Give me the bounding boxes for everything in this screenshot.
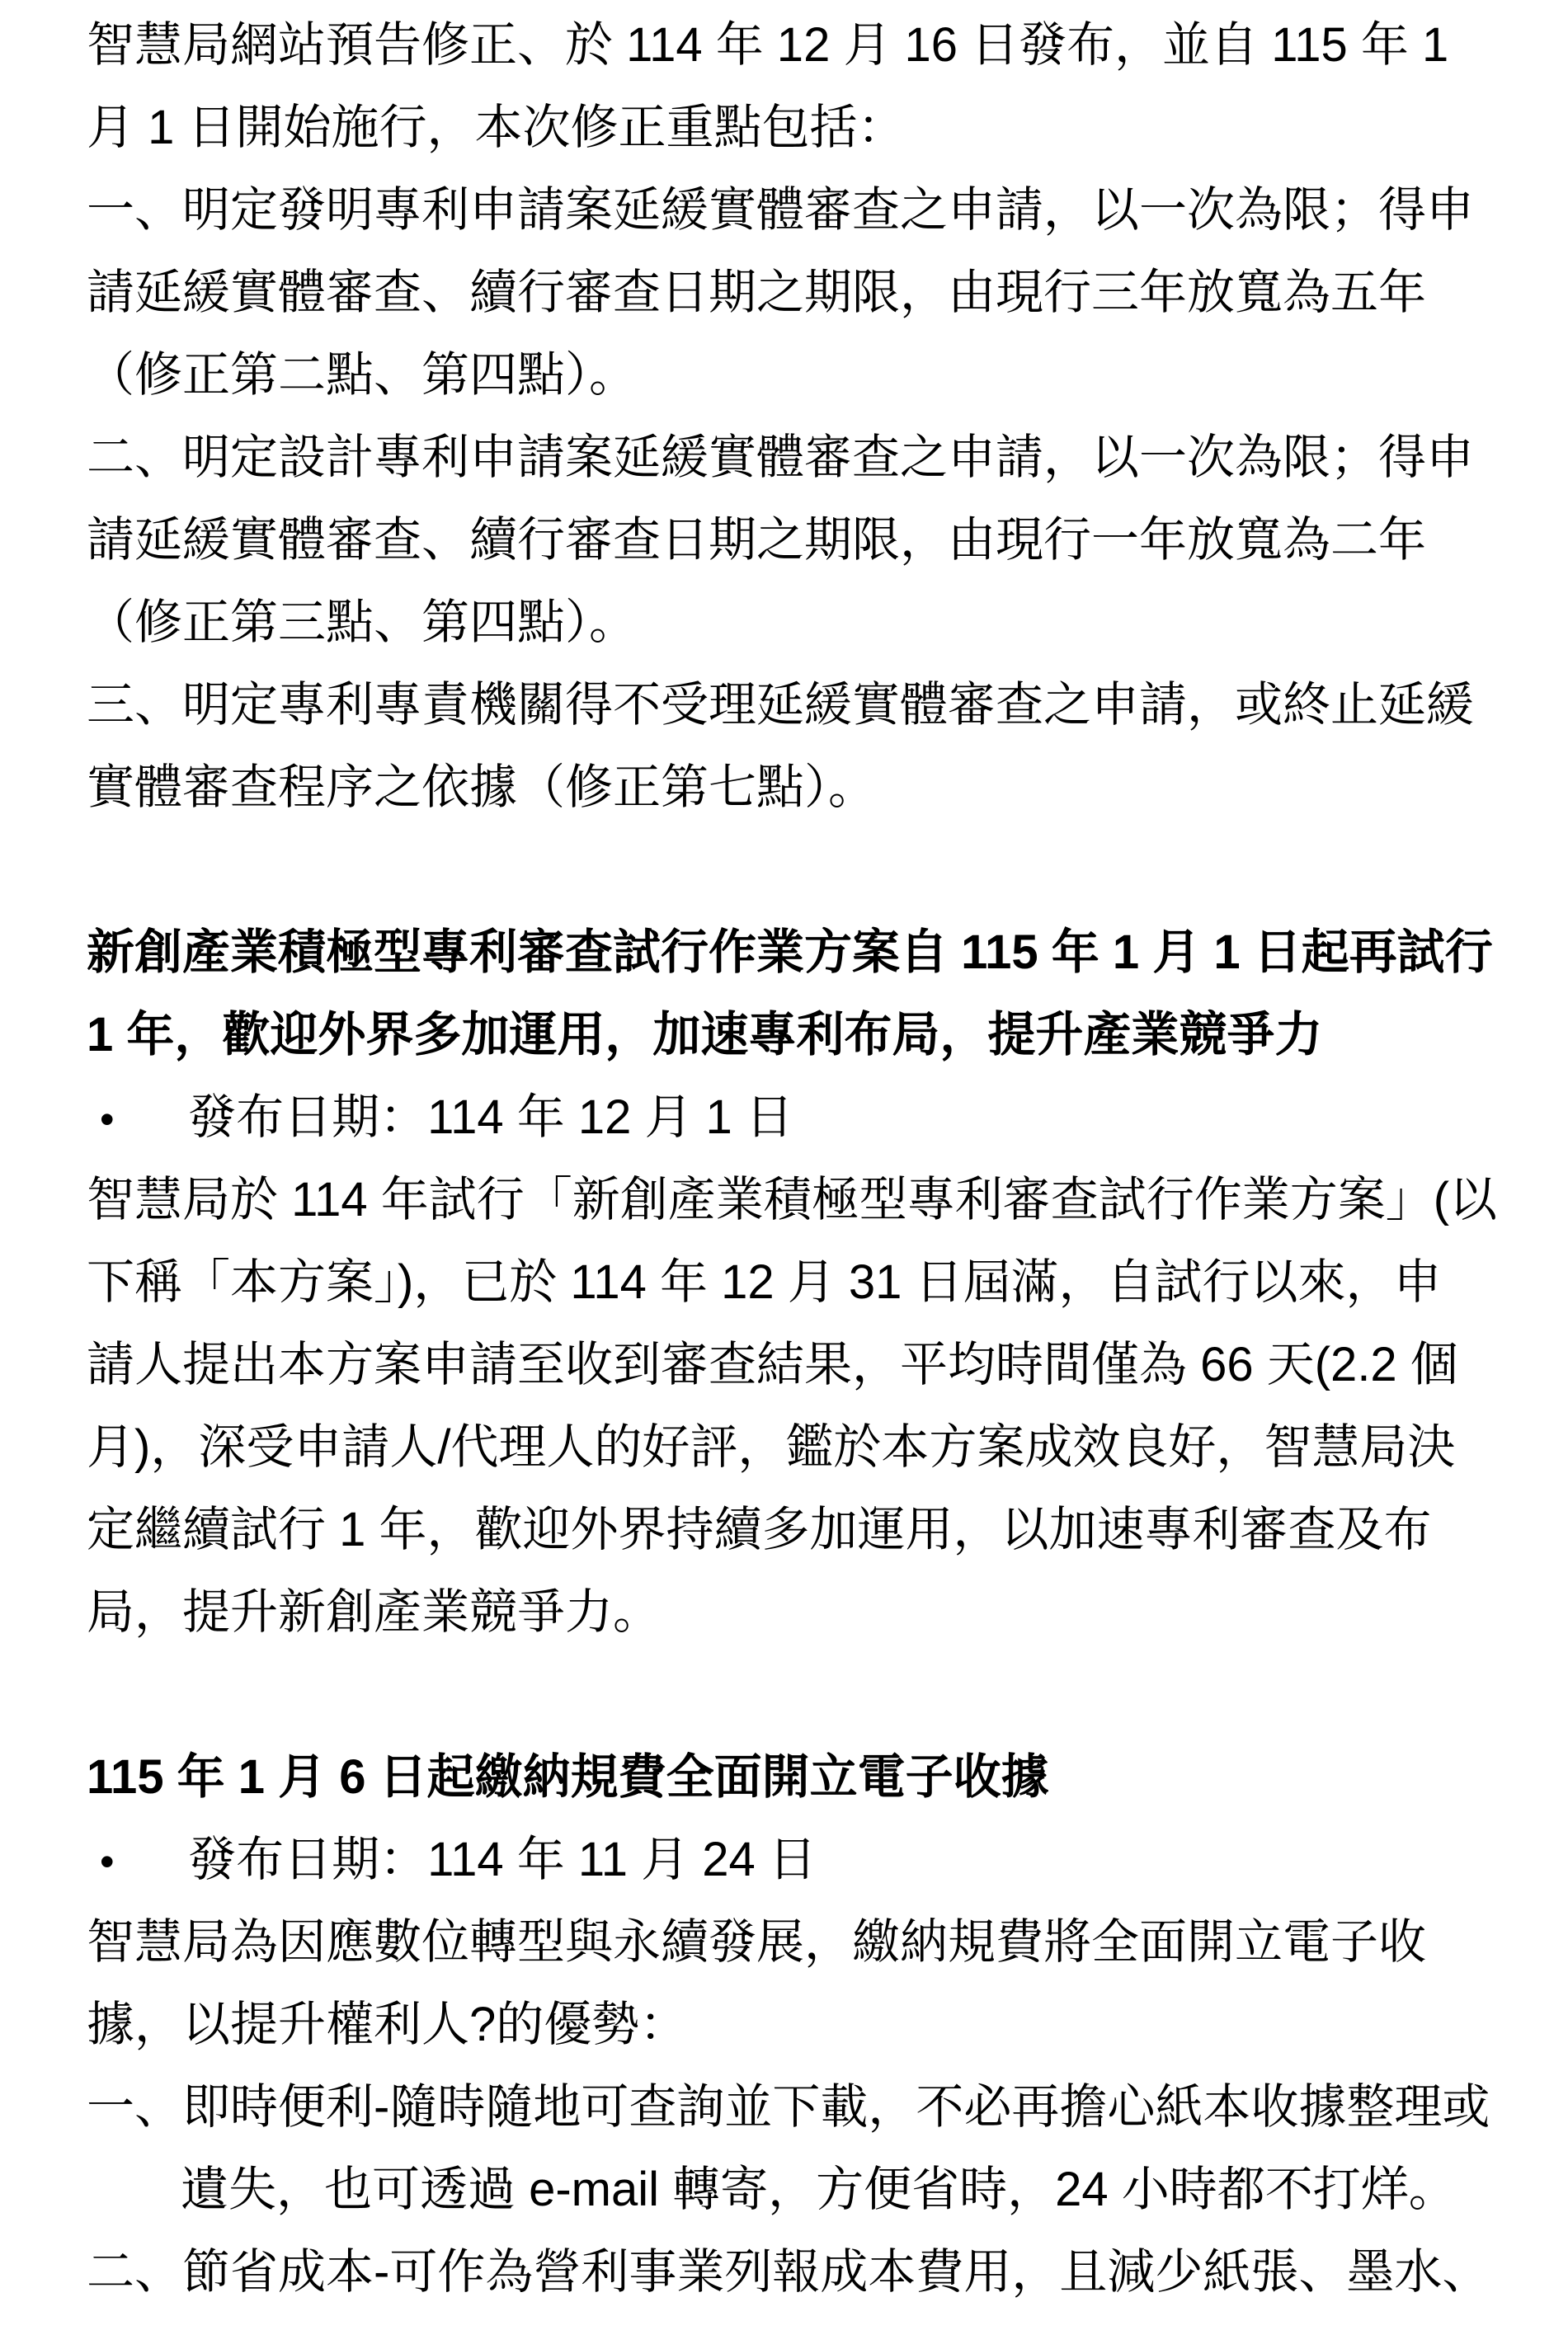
text-line: 實體審查程序之依據（修正第七點）。 (87, 746, 1519, 829)
text-line: 據，以提升權利人?的優勢： (87, 1984, 1519, 2066)
text-line: • 發布日期：114 年 12 月 1 日 (87, 1076, 1519, 1159)
text-line: • 發布日期：114 年 11 月 24 日 (87, 1819, 1519, 1901)
text-line: 新創產業積極型專利審查試行作業方案自 115 年 1 月 1 日起再試行 (87, 911, 1519, 994)
line-text: 發布日期：114 年 11 月 24 日 (188, 1833, 817, 1886)
line-text: 智慧局為因應數位轉型與永續發展，繳納規費將全面開立電子收 (87, 1915, 1426, 1969)
text-line: 一、即時便利-隨時隨地可查詢並下載，不必再擔心紙本收據整理或 (87, 2066, 1519, 2149)
line-text: 智慧局網站預告修正、於 114 年 12 月 16 日發布，並自 115 年 1 (87, 18, 1448, 72)
bullet-icon: • (100, 1820, 175, 1903)
text-line: 請延緩實體審查、續行審查日期之期限，由現行三年放寬為五年 (87, 252, 1519, 334)
line-text: 一、即時便利-隨時隨地可查詢並下載，不必再擔心紙本收據整理或 (87, 2080, 1490, 2134)
line-text: 月)，深受申請人/代理人的好評，鑑於本方案成效良好，智慧局決 (87, 1420, 1455, 1474)
text-line: 智慧局為因應數位轉型與永續發展，繳納規費將全面開立電子收 (87, 1901, 1519, 1984)
text-line: 請人提出本方案申請至收到審查結果，平均時間僅為 66 天(2.2 個 (87, 1324, 1519, 1406)
text-line: （修正第三點、第四點）。 (87, 581, 1519, 664)
text-line: 智慧局網站預告修正、於 114 年 12 月 16 日發布，並自 115 年 1 (87, 4, 1519, 87)
text-line: 1 年，歡迎外界多加運用，加速專利布局，提升產業競爭力 (87, 994, 1519, 1076)
line-text: 一、明定發明專利申請案延緩實體審查之申請，以一次為限；得申 (87, 183, 1474, 237)
line-text: 二、明定設計專利申請案延緩實體審查之申請，以一次為限；得申 (87, 431, 1474, 484)
line-text: 二、節省成本-可作為營利事業列報成本費用，且減少紙張、墨水、 (87, 2245, 1490, 2299)
document-page: 智慧局網站預告修正、於 114 年 12 月 16 日發布，並自 115 年 1… (0, 0, 1568, 2335)
line-text: 發布日期：114 年 12 月 1 日 (188, 1090, 793, 1144)
text-line: 二、明定設計專利申請案延緩實體審查之申請，以一次為限；得申 (87, 417, 1519, 499)
text-line: 下稱「本方案」)，已於 114 年 12 月 31 日屆滿，自試行以來，申 (87, 1241, 1519, 1324)
bullet-icon: • (100, 1078, 175, 1160)
text-line: 請延緩實體審查、續行審查日期之期限，由現行一年放寬為二年 (87, 499, 1519, 581)
line-text: 1 年，歡迎外界多加運用，加速專利布局，提升產業競爭力 (87, 1008, 1322, 1062)
document-body: 智慧局網站預告修正、於 114 年 12 月 16 日發布，並自 115 年 1… (0, 0, 1568, 2314)
line-text: 實體審查程序之依據（修正第七點）。 (87, 760, 876, 814)
line-text: 遺失，也可透過 e-mail 轉寄，方便省時，24 小時都不打烊。 (181, 2163, 1457, 2216)
line-text: （修正第二點、第四點）。 (87, 348, 637, 402)
text-line (87, 829, 1519, 911)
text-line: 一、明定發明專利申請案延緩實體審查之申請，以一次為限；得申 (87, 169, 1519, 252)
line-text: 請人提出本方案申請至收到審查結果，平均時間僅為 66 天(2.2 個 (87, 1338, 1458, 1391)
text-line: （修正第二點、第四點）。 (87, 334, 1519, 417)
text-line: 月 1 日開始施行，本次修正重點包括： (87, 87, 1519, 169)
line-text: 據，以提升權利人?的優勢： (87, 1998, 687, 2051)
line-text: 請延緩實體審查、續行審查日期之期限，由現行三年放寬為五年 (87, 266, 1426, 319)
line-text: （修正第三點、第四點）。 (87, 596, 637, 649)
text-line: 遺失，也可透過 e-mail 轉寄，方便省時，24 小時都不打烊。 (87, 2149, 1519, 2231)
text-line: 智慧局於 114 年試行「新創產業積極型專利審查試行作業方案」(以 (87, 1159, 1519, 1241)
line-text: 下稱「本方案」)，已於 114 年 12 月 31 日屆滿，自試行以來，申 (87, 1255, 1442, 1309)
line-text: 三、明定專利專責機關得不受理延緩實體審查之申請，或終止延緩 (87, 678, 1474, 732)
text-line: 三、明定專利專責機關得不受理延緩實體審查之申請，或終止延緩 (87, 664, 1519, 746)
text-line: 定繼續試行 1 年，歡迎外界持續多加運用，以加速專利審查及布 (87, 1489, 1519, 1571)
text-line: 二、節省成本-可作為營利事業列報成本費用，且減少紙張、墨水、 (87, 2231, 1519, 2314)
line-text: 智慧局於 114 年試行「新創產業積極型專利審查試行作業方案」(以 (87, 1173, 1497, 1226)
line-text: 月 1 日開始施行，本次修正重點包括： (87, 101, 906, 154)
text-line (87, 1654, 1519, 1736)
text-line: 月)，深受申請人/代理人的好評，鑑於本方案成效良好，智慧局決 (87, 1406, 1519, 1489)
line-text: 局，提升新創產業競爭力。 (87, 1585, 661, 1639)
text-line: 局，提升新創產業競爭力。 (87, 1571, 1519, 1654)
line-text: 新創產業積極型專利審查試行作業方案自 115 年 1 月 1 日起再試行 (87, 925, 1493, 979)
text-line: 115 年 1 月 6 日起繳納規費全面開立電子收據 (87, 1736, 1519, 1819)
line-text: 115 年 1 月 6 日起繳納規費全面開立電子收據 (87, 1750, 1049, 1804)
line-text: 定繼續試行 1 年，歡迎外界持續多加運用，以加速專利審查及布 (87, 1503, 1432, 1556)
line-text: 請延緩實體審查、續行審查日期之期限，由現行一年放寬為二年 (87, 513, 1426, 567)
